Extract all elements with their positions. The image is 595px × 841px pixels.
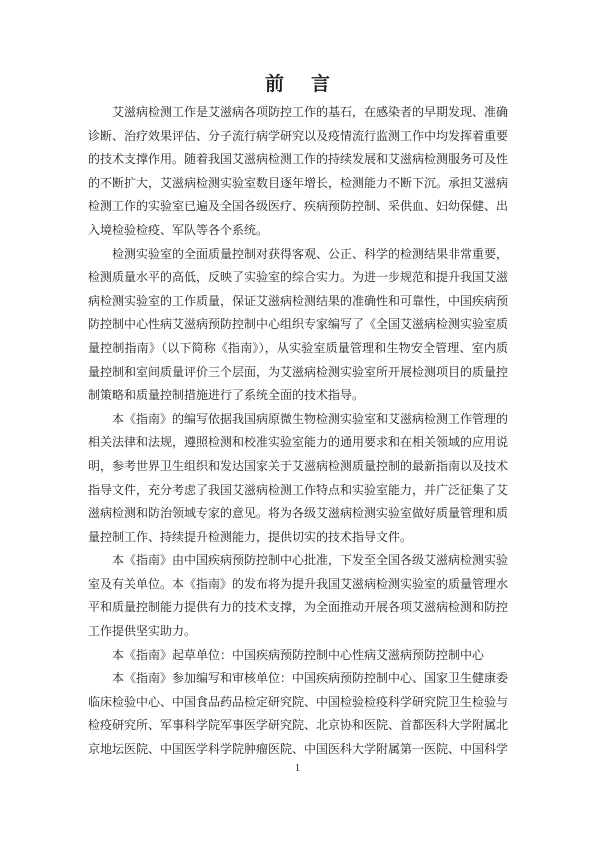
paragraph: 本《指南》起草单位：中国疾病预防控制中心性病艾滋病预防控制中心 — [88, 644, 508, 668]
document-body: 艾滋病检测工作是艾滋病各项防控工作的基石，在感染者的早期发现、准确诊断、治疗效果… — [88, 101, 508, 762]
paragraph: 本《指南》的编写依据我国病原微生物检测实验室和艾滋病检测工作管理的相关法律和法规… — [88, 408, 508, 550]
paragraph: 本《指南》由中国疾病预防控制中心批准，下发至全国各级艾滋病检测实验室及有关单位。… — [88, 549, 508, 643]
document-page: 前 言 艾滋病检测工作是艾滋病各项防控工作的基石，在感染者的早期发现、准确诊断、… — [0, 0, 595, 841]
paragraph: 检测实验室的全面质量控制对获得客观、公正、科学的检测结果非常重要，检测质量水平的… — [88, 243, 508, 408]
page-number: 1 — [0, 762, 595, 776]
page-title: 前 言 — [0, 72, 595, 98]
paragraph: 艾滋病检测工作是艾滋病各项防控工作的基石，在感染者的早期发现、准确诊断、治疗效果… — [88, 101, 508, 243]
paragraph: 本《指南》参加编写和审核单位：中国疾病预防控制中心、国家卫生健康委临床检验中心、… — [88, 667, 508, 761]
